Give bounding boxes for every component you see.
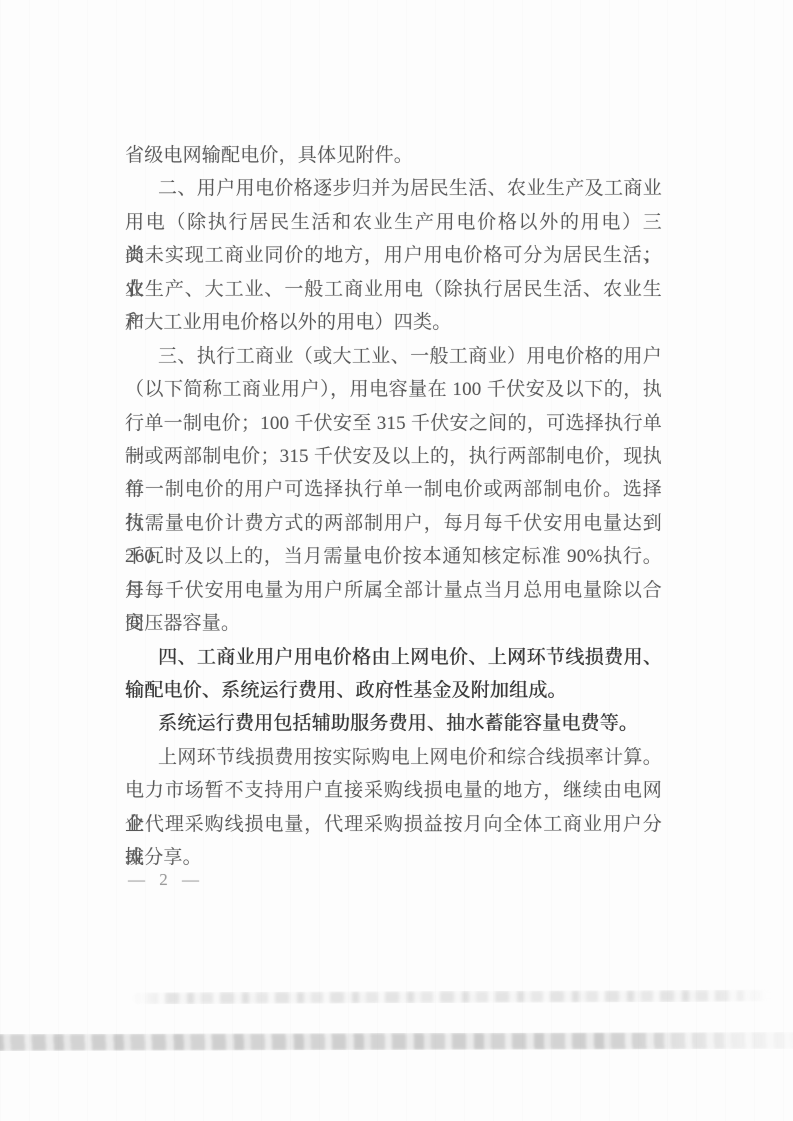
text-line: （以下简称工商业用户），用电容量在 100 千伏安及以下的，执 <box>125 373 662 406</box>
text-line: 千瓦时及以上的，当月需量电价按本通知核定标准 90%执行。每 <box>125 540 662 573</box>
text-line: 四、工商业用户用电价格由上网电价、上网环节线损费用、 <box>125 641 662 674</box>
text-line: 业代理采购线损电量，代理采购损益按月向全体工商业用户分摊 <box>125 808 662 841</box>
text-line: 系统运行费用包括辅助服务费用、抽水蓄能容量电费等。 <box>125 707 662 740</box>
page-number: — 2 — <box>128 870 204 890</box>
text-line: 电力市场暂不支持用户直接采购线损电量的地方，继续由电网企 <box>125 774 662 807</box>
text-line: 变压器容量。 <box>125 607 662 640</box>
text-line: 月每千伏安用电量为用户所属全部计量点当月总用电量除以合同 <box>125 574 662 607</box>
text-line: 单一制电价的用户可选择执行单一制电价或两部制电价。选择执 <box>125 473 662 506</box>
text-line: 二、用户用电价格逐步归并为居民生活、农业生产及工商业 <box>125 172 662 205</box>
text-line: 业生产、大工业、一般工商业用电（除执行居民生活、农业生产 <box>125 273 662 306</box>
text-line: 用电（除执行居民生活和农业生产用电价格以外的用电）三类； <box>125 206 662 239</box>
text-line: 制或两部制电价；315 千伏安及以上的，执行两部制电价，现执行 <box>125 440 662 473</box>
text-line: 行需量电价计费方式的两部制用户，每月每千伏安用电量达到 260 <box>125 507 662 540</box>
scan-smudge-lower <box>0 1032 793 1051</box>
text-line: 行单一制电价；100 千伏安至 315 千伏安之间的，可选择执行单一 <box>125 407 662 440</box>
text-line: 上网环节线损费用按实际购电上网电价和综合线损率计算。 <box>125 741 662 774</box>
text-line: 三、执行工商业（或大工业、一般工商业）用电价格的用户 <box>125 340 662 373</box>
text-line: 和大工业用电价格以外的用电）四类。 <box>125 306 662 339</box>
document-page: 省级电网输配电价，具体见附件。 二、用户用电价格逐步归并为居民生活、农业生产及工… <box>0 0 793 1121</box>
text-line: 输配电价、系统运行费用、政府性基金及附加组成。 <box>125 674 662 707</box>
text-line: 或分享。 <box>125 841 662 874</box>
scan-smudge-upper <box>132 990 772 1005</box>
text-line: 省级电网输配电价，具体见附件。 <box>125 139 662 172</box>
text-line: 尚未实现工商业同价的地方，用户用电价格可分为居民生活、农 <box>125 239 662 272</box>
text-block: 省级电网输配电价，具体见附件。 二、用户用电价格逐步归并为居民生活、农业生产及工… <box>125 139 662 875</box>
